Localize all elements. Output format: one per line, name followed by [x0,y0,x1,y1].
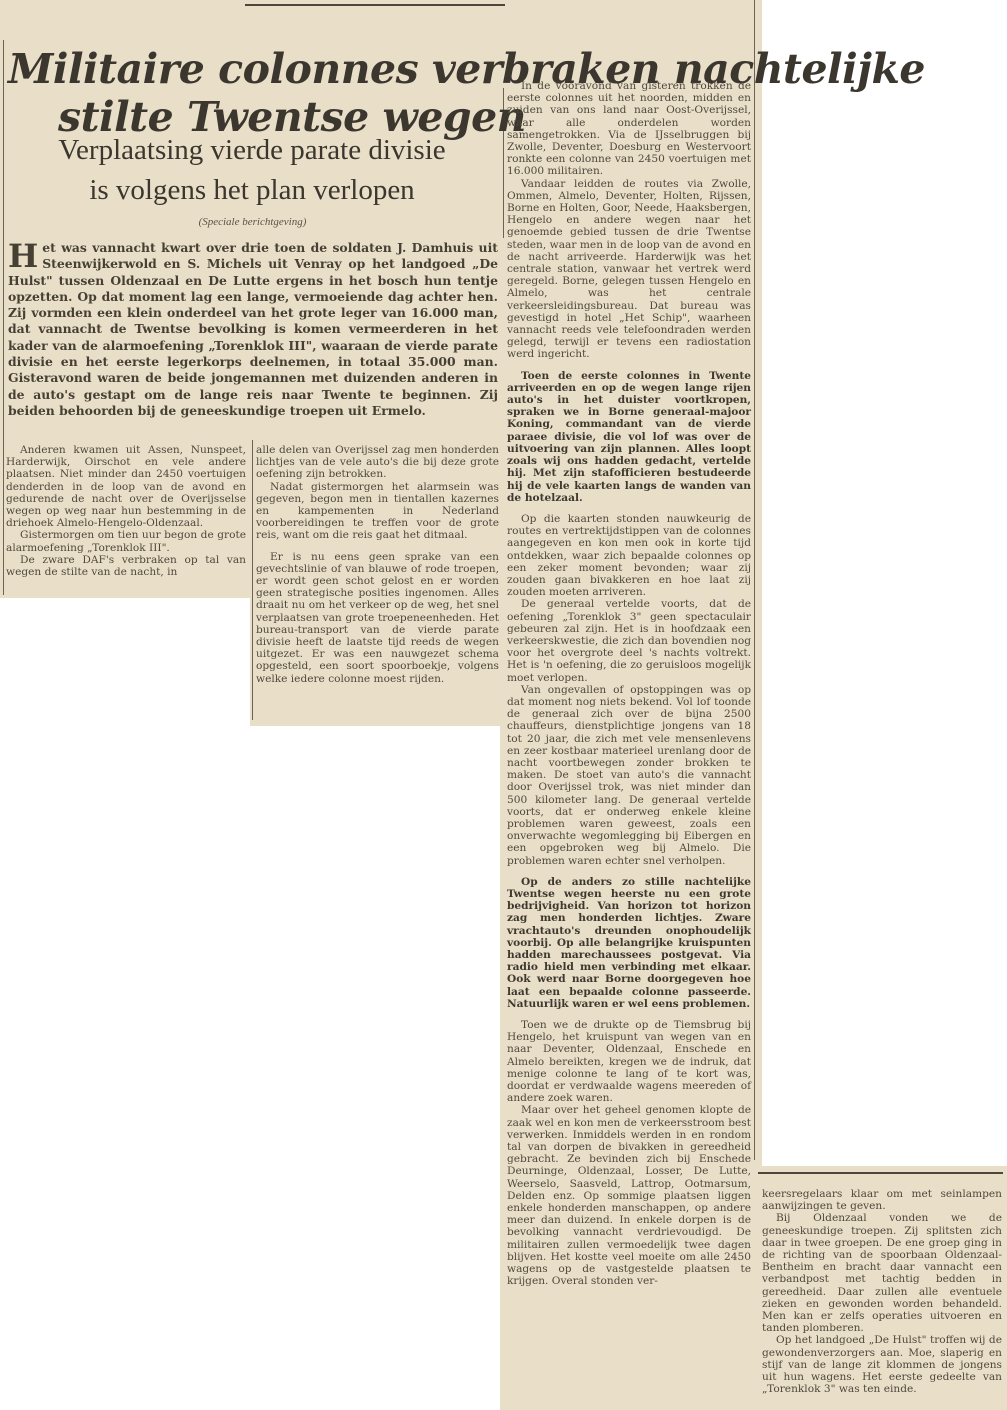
section-rule [758,1172,1003,1174]
paragraph: Toen we de drukte op de Tiemsbrug bij He… [507,1019,751,1104]
column-4: keersregelaars klaar om met seinlampen a… [762,1188,1002,1395]
paragraph: De zware DAF's verbraken op tal van wege… [6,554,246,578]
column-3: In de vooravond van gisteren trokken de … [507,80,751,1288]
top-rule [245,4,505,6]
column-divider [754,0,755,1160]
paragraph: keersregelaars klaar om met seinlampen a… [762,1188,1002,1212]
paragraph: Bij Oldenzaal vonden we de geneeskundige… [762,1212,1002,1334]
paragraph: Toen de eerste colonnes in Twente arrive… [507,370,751,504]
paragraph: Gistermorgen om tien uur begon de grote … [6,529,246,553]
subheadline: Verplaatsing vierde parate divisie is vo… [12,130,492,210]
lead-text: et was vannacht kwart over drie toen de … [8,240,498,418]
lead-paragraph: Het was vannacht kwart over drie toen de… [8,240,498,419]
paragraph: Van ongevallen of opstoppingen was op da… [507,684,751,867]
column-1: Anderen kwamen uit Assen, Nunspeet, Hard… [6,444,246,578]
left-border [3,40,4,595]
column-2: alle delen van Overijssel zag men honder… [256,444,499,685]
paragraph: Anderen kwamen uit Assen, Nunspeet, Hard… [6,444,246,529]
column-divider [252,440,253,720]
paragraph: Maar over het geheel genomen klopte de z… [507,1104,751,1287]
paragraph: Vandaar leidden de routes via Zwolle, Om… [507,178,751,361]
paragraph: Er is nu eens geen sprake van een gevech… [256,551,499,685]
paragraph: Op de anders zo stille nachtelijke Twent… [507,876,751,1010]
subheadline-line-2: is volgens het plan verlopen [12,170,492,210]
paragraph: De generaal vertelde voorts, dat de oefe… [507,598,751,683]
paragraph: Nadat gistermorgen het alarmsein was geg… [256,481,499,542]
byline: (Speciale berichtgeving) [0,216,505,228]
paragraph: Op die kaarten stonden nauwkeurig de rou… [507,513,751,598]
paragraph: In de vooravond van gisteren trokken de … [507,80,751,178]
paragraph: alle delen van Overijssel zag men honder… [256,444,499,481]
paragraph: Op het landgoed „De Hulst" troffen wij d… [762,1334,1002,1395]
subheadline-line-1: Verplaatsing vierde parate divisie [12,130,492,170]
drop-cap: H [8,242,38,270]
